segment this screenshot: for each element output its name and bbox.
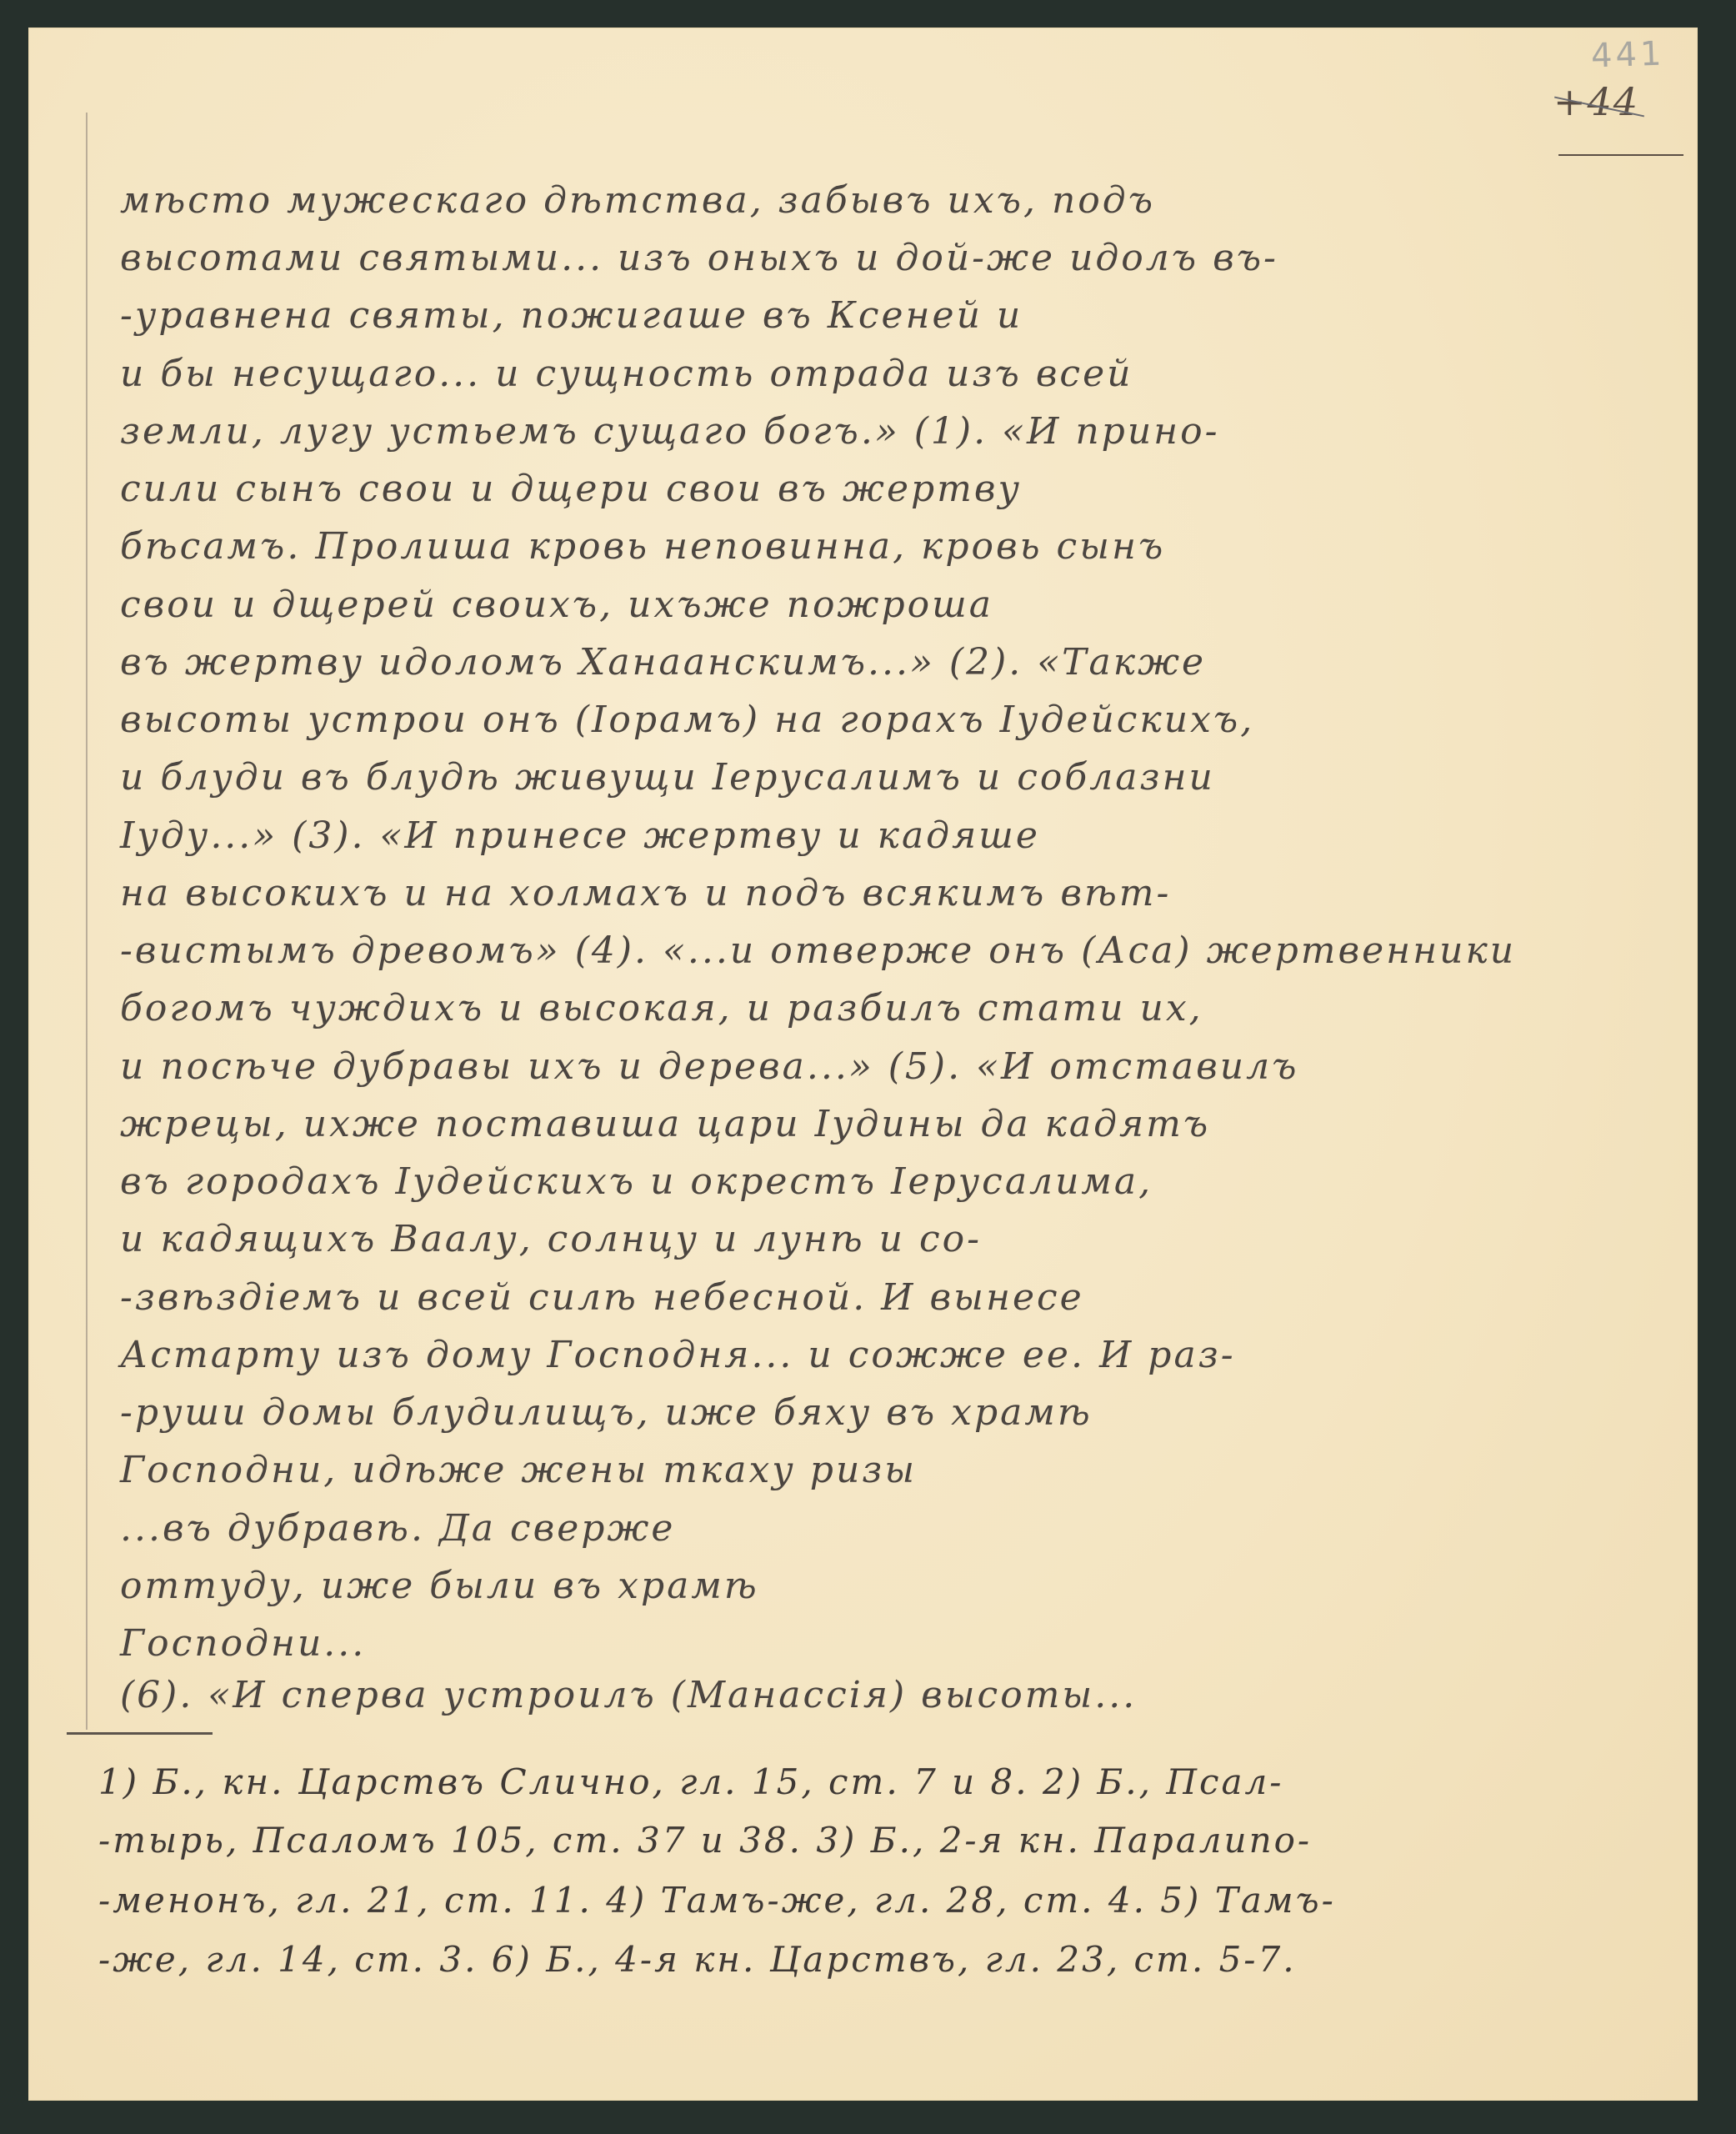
body-line: высотами святыми... изъ оныхъ и дой-же и… [120,237,1687,279]
body-line: -руши домы блудилищъ, иже бяху въ храмѣ [120,1391,1687,1434]
body-line: въ городахъ Іудейскихъ и окрестъ Іерусал… [120,1160,1687,1203]
body-line: свои и дщерей своихъ, ихъже пожроша [120,584,1687,626]
body-line: на высокихъ и на холмахъ и подъ всякимъ … [120,872,1687,914]
body-line: земли, лугу устьемъ сущаго богъ.» (1). «… [120,410,1687,453]
body-line: оттуду, иже были въ храмѣ [120,1565,1687,1607]
folio-number: +44 [1553,79,1653,138]
footnote-line: 1) Б., кн. Царствъ Слично, гл. 15, ст. 7… [98,1761,1707,1802]
body-line: и бы несущаго... и сущность отрада изъ в… [120,353,1687,395]
body-line: высоты устрои онъ (Іорамъ) на горахъ Іуд… [120,699,1687,741]
body-line: Астарту изъ дому Господня... и сожже ее.… [120,1334,1687,1376]
body-line: Господни... [120,1622,1687,1665]
folio-underline [1558,154,1683,156]
body-line: Господни, идѣже жены ткаху ризы [120,1449,1687,1491]
footnote-line: -менонъ, гл. 21, ст. 11. 4) Тамъ-же, гл.… [98,1880,1707,1921]
folio-number-text: +44 [1553,79,1639,124]
body-line: сили сынъ свои и дщери свои въ жертву [120,468,1687,510]
body-line: мѣсто мужескаго дѣтства, забывъ ихъ, под… [120,179,1687,222]
footnote-separator [67,1732,213,1735]
body-line: ...въ дубравѣ. Да сверже [120,1507,1687,1550]
body-line: въ жертву идоломъ Ханаанскимъ...» (2). «… [120,641,1687,684]
body-line: бѣсамъ. Пролиша кровь неповинна, кровь с… [120,525,1687,568]
body-line: -звѣздіемъ и всей силѣ небесной. И вынес… [120,1276,1687,1319]
left-margin-rule [86,113,88,1730]
body-line: и посѣче дубравы ихъ и дерева...» (5). «… [120,1045,1687,1088]
body-line: (6). «И сперва устроилъ (Манассія) высот… [120,1674,1687,1716]
pencil-page-number: 441 [1590,34,1665,75]
body-line: -вистымъ древомъ» (4). «...и отверже онъ… [120,929,1687,972]
body-line: и блуди въ блудѣ живущи Іерусалимъ и соб… [120,756,1687,799]
body-line: Іуду...» (3). «И принесе жертву и кадяше [120,814,1687,857]
body-line: и кадящихъ Ваалу, солнцу и лунѣ и со- [120,1218,1687,1260]
body-line: -уравнена святы, пожигаше въ Ксеней и [120,294,1687,337]
footnote-line: -тырь, Псаломъ 105, ст. 37 и 38. 3) Б., … [98,1820,1707,1861]
footnote-line: -же, гл. 14, ст. 3. 6) Б., 4-я кн. Царст… [98,1939,1707,1980]
body-line: богомъ чуждихъ и высокая, и разбилъ стат… [120,987,1687,1029]
body-line: жрецы, ихже поставиша цари Іудины да кад… [120,1103,1687,1145]
manuscript-page: 441 +44 мѣсто мужескаго дѣтства, забывъ … [28,28,1698,2101]
